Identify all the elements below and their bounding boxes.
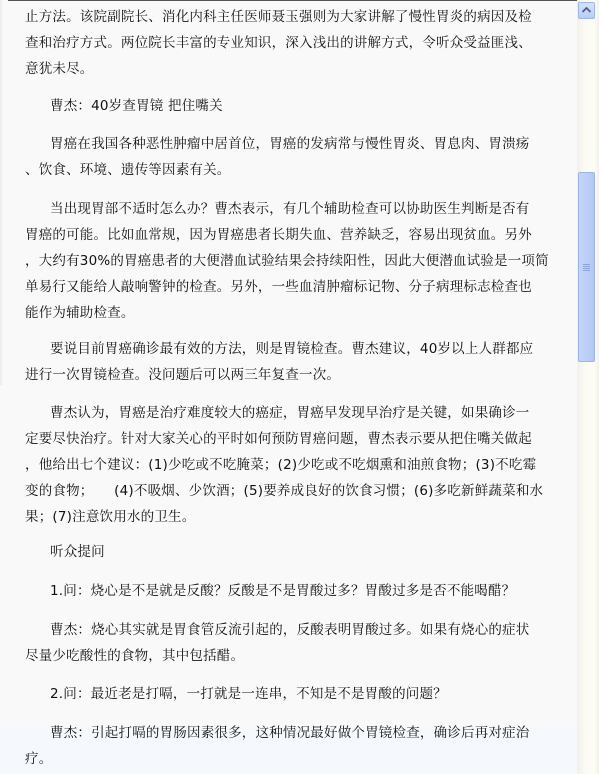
paragraph-seven-suggestions: 曹杰认为，胃癌是治疗难度较大的癌症，胃癌早发现早治疗是关键，如果确诊一 定要尽快…: [25, 400, 555, 530]
scroll-up-button[interactable]: [578, 2, 595, 19]
question-2: 2.问：最近老是打嗝，一打就是一连串，不知是不是胃酸的问题？: [25, 681, 555, 707]
paragraph-auxiliary-exams: 当出现胃部不适时怎么办？曹杰表示，有几个辅助检查可以协助医生判断是否有 胃癌的可…: [25, 196, 555, 326]
text-line: 1.问：烧心是不是就是反酸？反酸是不是胃酸过多？胃酸过多是否不能喝醋？: [25, 578, 555, 604]
chevron-up-icon: [582, 7, 591, 13]
text-line: 单易行又能给人敲响警钟的检查。另外，一些血清肿瘤标记物、分子病理标志检查也: [25, 274, 555, 300]
text-line: 意犹未尽。: [25, 56, 555, 82]
text-line: 胃癌的可能。比如血常规，因为胃癌患者长期失血、营养缺乏，容易出现贫血。另外: [25, 222, 555, 248]
text-line: 尽量少吃酸性的食物，其中包括醋。: [25, 643, 555, 669]
section-heading-audience-qa: 听众提问: [25, 539, 555, 565]
text-line: 疗。: [25, 746, 555, 772]
text-line: 能作为辅助检查。: [25, 300, 555, 326]
text-line: 要说目前胃癌确诊最有效的方法，则是胃镜检查。曹杰建议，40岁以上人群都应: [25, 336, 555, 362]
text-line: 果；(7)注意饮用水的卫生。: [25, 504, 555, 530]
text-line: 定要尽快治疗。针对大家关心的平时如何预防胃癌问题，曹杰表示要从把住嘴关做起: [25, 426, 555, 452]
text-line: 变的食物； (4)不吸烟、少饮酒；(5)要养成良好的饮食习惯；(6)多吃新鲜蔬菜…: [25, 478, 555, 504]
text-line: 曹杰认为，胃癌是治疗难度较大的癌症，胃癌早发现早治疗是关键，如果确诊一: [25, 400, 555, 426]
paragraph-intro-end: 止方法。该院副院长、消化内科主任医师聂玉强则为大家讲解了慢性胃炎的病因及检 查和…: [25, 4, 555, 82]
grip-lines-icon: [583, 264, 590, 272]
text-line: 查和治疗方式。两位院长丰富的专业知识，深入浅出的讲解方式，令听众受益匪浅、: [25, 30, 555, 56]
text-line: 当出现胃部不适时怎么办？曹杰表示，有几个辅助检查可以协助医生判断是否有: [25, 196, 555, 222]
answer-2: 曹杰：引起打嗝的胃肠因素很多，这种情况最好做个胃镜检查，确诊后再对症治 疗。: [25, 720, 555, 772]
question-1: 1.问：烧心是不是就是反酸？反酸是不是胃酸过多？胃酸过多是否不能喝醋？: [25, 578, 555, 604]
text-line: ，大约有30%的胃癌患者的大便潜血试验结果会持续阳性，因此大便潜血试验是一项简: [25, 248, 555, 274]
vertical-scrollbar[interactable]: [577, 0, 599, 774]
paragraph-cancer-rank: 胃癌在我国各种恶性肿瘤中居首位，胃癌的发病常与慢性胃炎、胃息肉、胃溃疡 、饮食、…: [25, 131, 555, 183]
scrollbar-thumb[interactable]: [578, 172, 595, 362]
section-heading-40-gastroscopy: 曹杰：40岁查胃镜 把住嘴关: [25, 93, 555, 119]
article-content: 止方法。该院副院长、消化内科主任医师聂玉强则为大家讲解了慢性胃炎的病因及检 查和…: [0, 0, 577, 774]
text-line: 曹杰：引起打嗝的胃肠因素很多，这种情况最好做个胃镜检查，确诊后再对症治: [25, 720, 555, 746]
text-line: ，他给出七个建议：(1)少吃或不吃腌菜；(2)少吃或不吃烟熏和油煎食物；(3)不…: [25, 452, 555, 478]
text-line: 2.问：最近老是打嗝，一打就是一连串，不知是不是胃酸的问题？: [25, 681, 555, 707]
heading-text: 听众提问: [25, 539, 555, 565]
text-line: 、饮食、环境、遗传等因素有关。: [25, 157, 555, 183]
paragraph-gastroscopy: 要说目前胃癌确诊最有效的方法，则是胃镜检查。曹杰建议，40岁以上人群都应 进行一…: [25, 336, 555, 388]
answer-1: 曹杰：烧心其实就是胃食管反流引起的，反酸表明胃酸过多。如果有烧心的症状 尽量少吃…: [25, 617, 555, 669]
heading-text: 曹杰：40岁查胃镜 把住嘴关: [25, 93, 555, 119]
text-line: 止方法。该院副院长、消化内科主任医师聂玉强则为大家讲解了慢性胃炎的病因及检: [25, 4, 555, 30]
text-line: 曹杰：烧心其实就是胃食管反流引起的，反酸表明胃酸过多。如果有烧心的症状: [25, 617, 555, 643]
text-line: 进行一次胃镜检查。没问题后可以两三年复查一次。: [25, 362, 555, 388]
text-line: 胃癌在我国各种恶性肿瘤中居首位，胃癌的发病常与慢性胃炎、胃息肉、胃溃疡: [25, 131, 555, 157]
